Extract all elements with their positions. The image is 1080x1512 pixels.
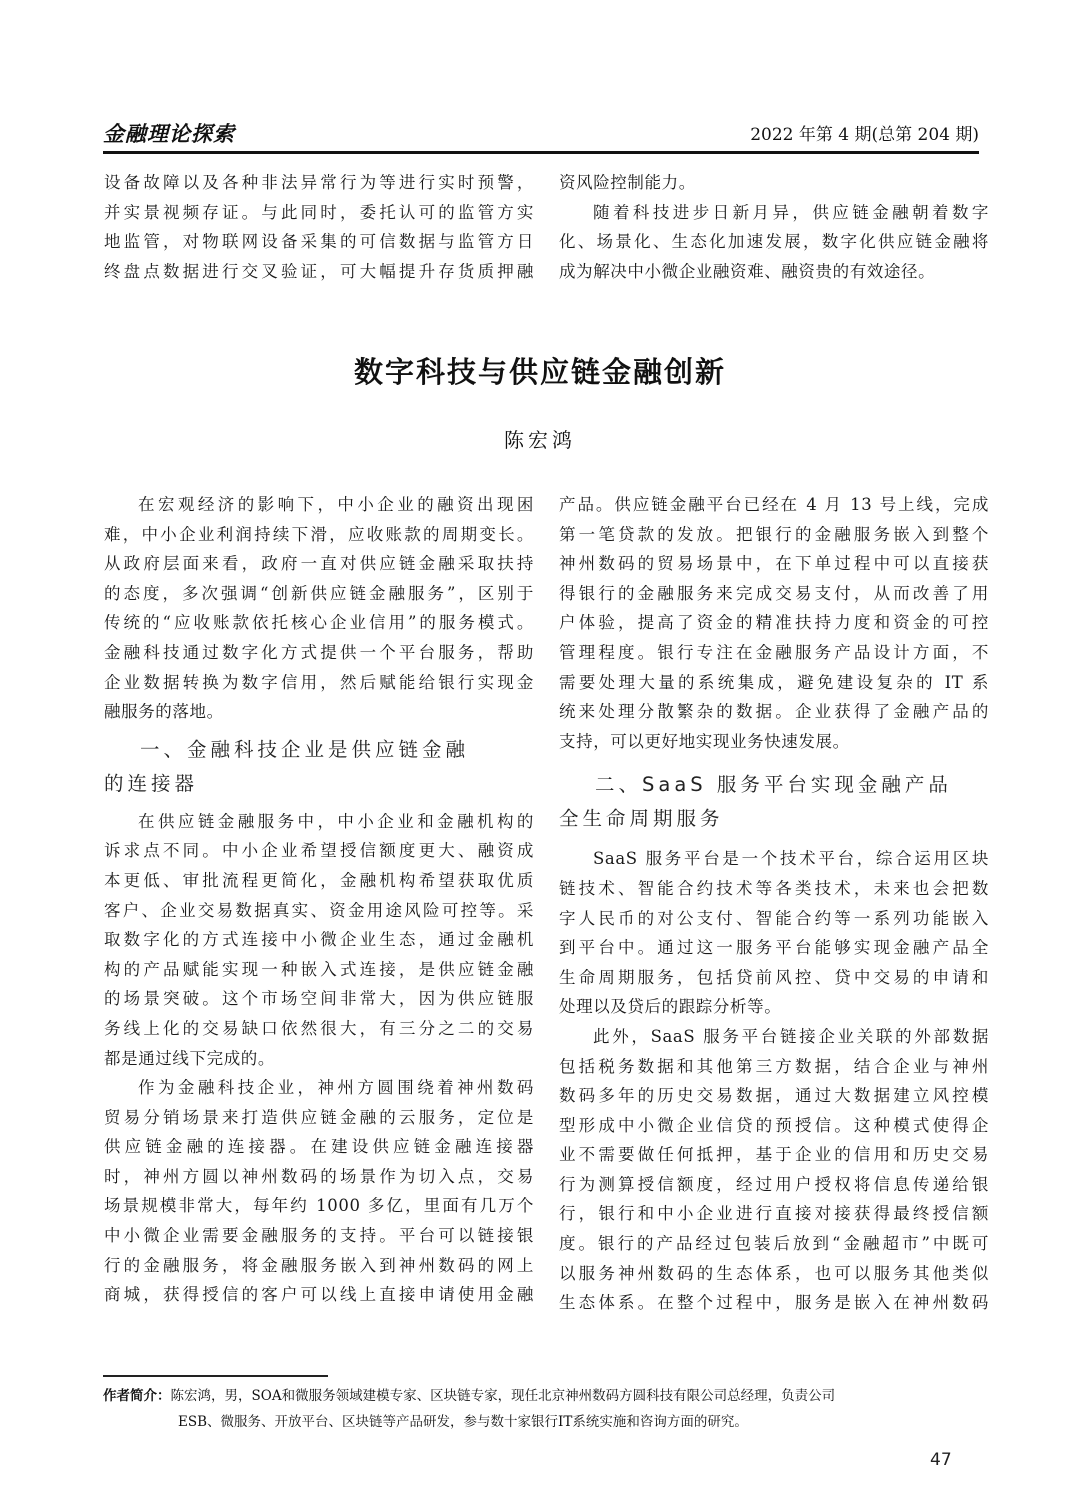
text-line: 的态度，多次强调“创新供应链金融服务”，区别于 (104, 579, 534, 609)
text-line: 化、场景化、生态化加速发展，数字化供应链金融将 (559, 227, 989, 257)
text-line: 金融科技通过数字化方式提供一个平台服务，帮助 (104, 638, 534, 668)
text-line: 行为测算授信额度，经过用户授权将信息传递给银 (559, 1170, 989, 1200)
heading-line: 的连接器 (104, 767, 534, 801)
text-line: 终盘点数据进行交叉验证，可大幅提升存货质押融 (104, 257, 534, 287)
text-line: 管理程度。银行专注在金融服务产品设计方面，不 (559, 638, 989, 668)
text-line: 并实景视频存证。与此同时，委托认可的监管方实 (104, 198, 534, 228)
text-line: 的场景突破。这个市场空间非常大，因为供应链服 (104, 984, 534, 1014)
text-line: 行的金融服务，将金融服务嵌入到神州数码的网上 (104, 1251, 534, 1281)
text-line: 度。银行的产品经过包装后放到“金融超市”中既可 (559, 1229, 989, 1259)
section-2-paragraph-2: 此外，SaaS 服务平台链接企业关联的外部数据 包括税务数据和其他第三方数据，结… (559, 1022, 989, 1318)
text-line: 处理以及贷后的跟踪分析等。 (559, 992, 989, 1022)
text-line: 务线上化的交易缺口依然很大，有三分之二的交易 (104, 1014, 534, 1044)
text-line: 数码多年的历史交易数据，通过大数据建立风控模 (559, 1081, 989, 1111)
text-line: 在供应链金融服务中，中小企业和金融机构的 (104, 807, 534, 837)
text-line: 资风险控制能力。 (559, 168, 989, 198)
text-line: 场景规模非常大，每年约 1000 多亿，里面有几万个 (104, 1191, 534, 1221)
text-line: 第一笔贷款的发放。把银行的金融服务嵌入到整个 (559, 520, 989, 550)
text-line: SaaS 服务平台是一个技术平台，综合运用区块 (559, 844, 989, 874)
text-line: 需要处理大量的系统集成，避免建设复杂的 IT 系 (559, 668, 989, 698)
text-line: 作为金融科技企业，神州方圆围绕着神州数码 (104, 1073, 534, 1103)
text-line: 行，银行和中小企业进行直接对接获得最终授信额 (559, 1199, 989, 1229)
journal-name: 金融理论探索 (103, 118, 235, 148)
text-line: 企业数据转换为数字信用，然后赋能给银行实现金 (104, 668, 534, 698)
text-line: 贸易分销场景来打造供应链金融的云服务，定位是 (104, 1103, 534, 1133)
section-1-paragraph-1: 在供应链金融服务中，中小企业和金融机构的 诉求点不同。中小企业希望授信额度更大、… (104, 807, 534, 1073)
issue-info: 2022 年第 4 期(总第 204 期) (750, 120, 979, 145)
text-line: 神州数码的贸易场景中，在下单过程中可以直接获 (559, 549, 989, 579)
footnote-line-1: 陈宏鸿，男，SOA和微服务领域建模专家、区块链专家，现任北京神州数码方圆科技有限… (171, 1388, 836, 1404)
text-line: 地监管，对物联网设备采集的可信数据与监管方日 (104, 227, 534, 257)
journal-page: 金融理论探索 2022 年第 4 期(总第 204 期) 设备故障以及各种非法异… (0, 0, 1080, 1512)
text-line: 业不需要做任何抵押，基于企业的信用和历史交易 (559, 1140, 989, 1170)
heading-line: 一、金融科技企业是供应链金融 (104, 733, 534, 767)
text-line: 生命周期服务，包括贷前风控、贷中交易的申请和 (559, 963, 989, 993)
text-line: 字人民币的对公支付、智能合约等一系列功能嵌入 (559, 904, 989, 934)
text-line: 包括税务数据和其他第三方数据，结合企业与神州 (559, 1052, 989, 1082)
text-line: 得银行的金融服务来完成交易支付，从而改善了用 (559, 579, 989, 609)
text-line: 客户、企业交易数据真实、资金用途风险可控等。采 (104, 896, 534, 926)
article-author: 陈宏鸿 (0, 424, 1080, 453)
text-line: 时，神州方圆以神州数码的场景作为切入点，交易 (104, 1162, 534, 1192)
text-line: 难，中小企业利润持续下滑，应收账款的周期变长。 (104, 520, 534, 550)
article-right-column: 产品。供应链金融平台已经在 4 月 13 号上线，完成 第一笔贷款的发放。把银行… (559, 490, 989, 1318)
text-line: 在宏观经济的影响下，中小企业的融资出现困 (104, 490, 534, 520)
text-line: 都是通过线下完成的。 (104, 1044, 534, 1074)
section-1-paragraph-2: 作为金融科技企业，神州方圆围绕着神州数码 贸易分销场景来打造供应链金融的云服务，… (104, 1073, 534, 1310)
text-line: 此外，SaaS 服务平台链接企业关联的外部数据 (559, 1022, 989, 1052)
footnote-rule (103, 1375, 328, 1377)
text-line: 中小微企业需要金融服务的支持。平台可以链接银 (104, 1221, 534, 1251)
text-line: 户体验，提高了资金的精准扶持力度和资金的可控 (559, 608, 989, 638)
section-2-heading: 二、SaaS 服务平台实现金融产品 全生命周期服务 (559, 768, 989, 836)
section-1-heading: 一、金融科技企业是供应链金融 的连接器 (104, 733, 534, 801)
section-2-paragraph-1: SaaS 服务平台是一个技术平台，综合运用区块 链技术、智能合约技术等各类技术，… (559, 844, 989, 1022)
text-line: 到平台中。通过这一服务平台能够实现金融产品全 (559, 933, 989, 963)
continued-left-column: 设备故障以及各种非法异常行为等进行实时预警， 并实景视频存证。与此同时，委托认可… (104, 168, 534, 286)
text-line: 生态体系。在整个过程中，服务是嵌入在神州数码 (559, 1288, 989, 1318)
heading-line: 二、SaaS 服务平台实现金融产品 (559, 768, 989, 802)
text-line: 链技术、智能合约技术等各类技术，未来也会把数 (559, 874, 989, 904)
text-line: 随着科技进步日新月异，供应链金融朝着数字 (559, 198, 989, 228)
text-line: 供应链金融的连接器。在建设供应链金融连接器 (104, 1132, 534, 1162)
header-rule (103, 151, 979, 154)
text-line: 成为解决中小微企业融资难、融资贵的有效途径。 (559, 257, 989, 287)
text-line: 商城，获得授信的客户可以线上直接申请使用金融 (104, 1280, 534, 1310)
text-line: 构的产品赋能实现一种嵌入式连接，是供应链金融 (104, 955, 534, 985)
text-line: 诉求点不同。中小企业希望授信额度更大、融资成 (104, 836, 534, 866)
text-line: 型形成中小微企业信贷的预授信。这种模式使得企 (559, 1111, 989, 1141)
text-line: 设备故障以及各种非法异常行为等进行实时预警， (104, 168, 534, 198)
right-paragraph-1: 产品。供应链金融平台已经在 4 月 13 号上线，完成 第一笔贷款的发放。把银行… (559, 490, 989, 756)
text-line: 本更低、审批流程更简化，金融机构希望获取优质 (104, 866, 534, 896)
article-title: 数字科技与供应链金融创新 (0, 350, 1080, 391)
article-left-column: 在宏观经济的影响下，中小企业的融资出现困 难，中小企业利润持续下滑，应收账款的周… (104, 490, 534, 1310)
text-line: 从政府层面来看，政府一直对供应链金融采取扶持 (104, 549, 534, 579)
heading-line: 全生命周期服务 (559, 802, 989, 836)
running-header: 金融理论探索 2022 年第 4 期(总第 204 期) (103, 118, 979, 148)
intro-paragraph: 在宏观经济的影响下，中小企业的融资出现困 难，中小企业利润持续下滑，应收账款的周… (104, 490, 534, 727)
text-line: 融服务的落地。 (104, 697, 534, 727)
text-line: 传统的“应收账款依托核心企业信用”的服务模式。 (104, 608, 534, 638)
text-line: 取数字化的方式连接中小微企业生态，通过金融机 (104, 925, 534, 955)
continued-right-column: 资风险控制能力。 随着科技进步日新月异，供应链金融朝着数字 化、场景化、生态化加… (559, 168, 989, 286)
page-number: 47 (930, 1450, 952, 1470)
author-footnote: 作者简介：陈宏鸿，男，SOA和微服务领域建模专家、区块链专家，现任北京神州数码方… (103, 1383, 983, 1435)
text-line: 支持，可以更好地实现业务快速发展。 (559, 727, 989, 757)
text-line: 产品。供应链金融平台已经在 4 月 13 号上线，完成 (559, 490, 989, 520)
text-line: 统来处理分散繁杂的数据。企业获得了金融产品的 (559, 697, 989, 727)
footnote-line-2: ESB、微服务、开放平台、区块链等产品研发，参与数十家银行IT系统实施和咨询方面… (103, 1409, 983, 1435)
footnote-label: 作者简介： (103, 1388, 171, 1404)
text-line: 以服务神州数码的生态体系，也可以服务其他类似 (559, 1259, 989, 1289)
